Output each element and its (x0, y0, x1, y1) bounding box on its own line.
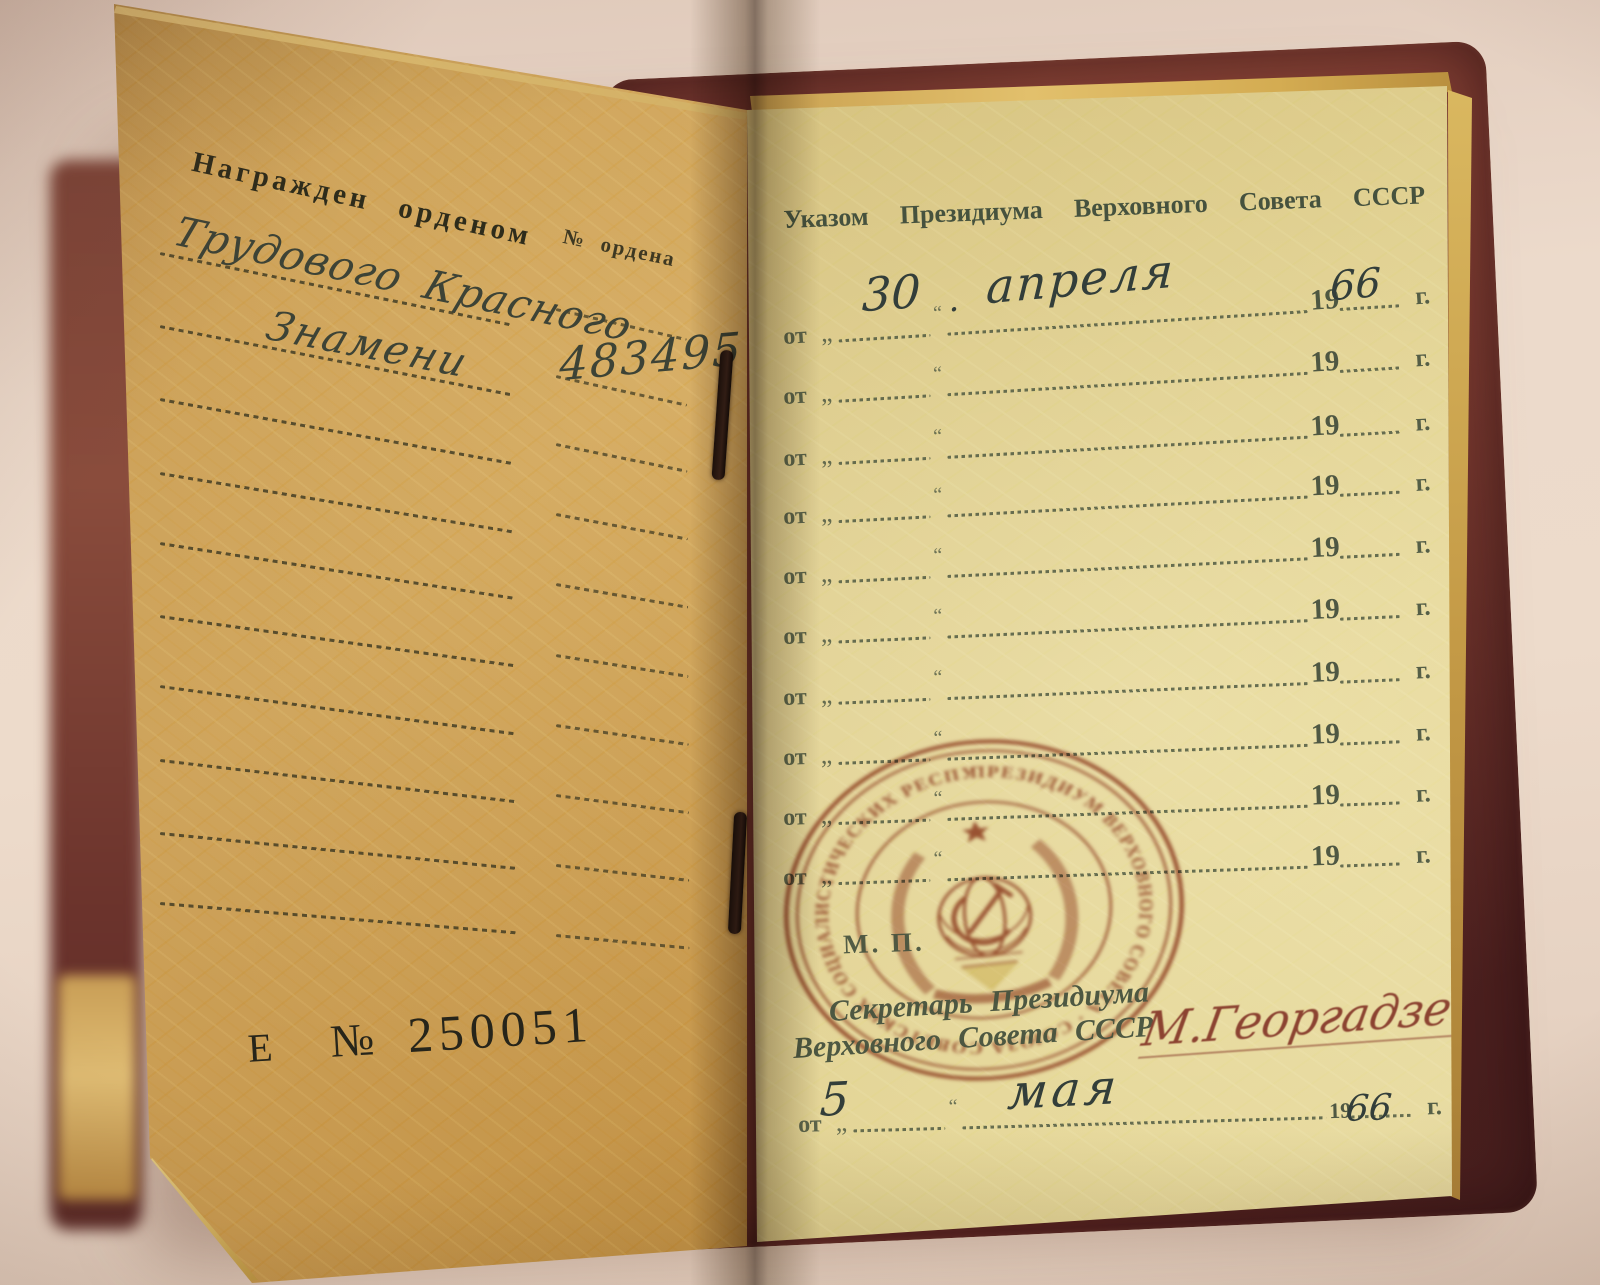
row-year-suffix: г. (1415, 594, 1431, 623)
row-dash-1 (838, 636, 930, 643)
row-dash-3 (1340, 615, 1400, 621)
row-dash-3 (1340, 740, 1400, 745)
row-dash-1 (838, 698, 930, 705)
row-open-quote: „ (820, 318, 833, 349)
row-dash-3 (1340, 431, 1400, 437)
row-open-quote: „ (820, 559, 833, 590)
order-book-photo: Награжден орденом № ордена Трудового Кра… (0, 0, 1600, 1285)
row-year-prefix: 19 (1310, 593, 1340, 627)
row-year-prefix: 19 (1310, 779, 1340, 813)
row-year-suffix: г. (1414, 282, 1431, 311)
row-year-suffix: г. (1415, 409, 1431, 438)
row-close-quote: “ (933, 666, 943, 689)
row-close-quote: “ (933, 302, 943, 326)
issue-day: 5 (819, 1071, 851, 1127)
gutter-shadow (690, 0, 820, 1285)
row-year-suffix: г. (1416, 841, 1432, 869)
row-dash-1 (839, 457, 931, 465)
header-word: СССР (1352, 180, 1425, 213)
row-dash-1 (839, 394, 931, 402)
row-year-suffix: г. (1415, 531, 1431, 560)
serial-no-sign: № (329, 1012, 376, 1068)
row-year-prefix: 19 (1309, 345, 1340, 380)
star-icon (961, 820, 990, 844)
header-word: Совета (1238, 184, 1322, 217)
mp-label: М. П. (842, 927, 925, 961)
row-year-prefix: 19 (1310, 469, 1341, 503)
row-open-quote: „ (820, 619, 833, 649)
row-close-quote: “ (933, 425, 943, 448)
decree-day: 30 (861, 264, 921, 322)
gilt-page-edges-left (58, 975, 136, 1200)
row-year-suffix: г. (1415, 469, 1431, 498)
row-open-quote: „ (820, 498, 833, 529)
row-year-suffix: г. (1427, 1093, 1443, 1121)
row-year-prefix: 19 (1310, 840, 1340, 874)
row-close-quote: “ (933, 605, 943, 628)
row-dash-3 (1340, 862, 1400, 867)
row-year-suffix: г. (1415, 657, 1431, 686)
row-year-suffix: г. (1415, 719, 1431, 748)
row-year-prefix: 19 (1310, 531, 1341, 565)
ussr-coat-of-arms-icon (888, 812, 1080, 1007)
issue-month: мая (1006, 1059, 1123, 1121)
row-close-quote: “ (933, 544, 943, 567)
row-dash-1 (839, 334, 931, 343)
row-year-suffix: г. (1415, 780, 1431, 809)
decree-year-written: 66 (1330, 260, 1382, 311)
serial-series: Е (247, 1023, 274, 1071)
row-open-quote: „ (820, 440, 833, 471)
row-dash-3 (1340, 801, 1400, 806)
issue-year-written: 66 (1345, 1087, 1394, 1130)
row-dash-1 (853, 1127, 945, 1133)
row-dash-3 (1340, 491, 1400, 497)
row-dash-1 (839, 515, 931, 523)
serial-number: 250051 (406, 995, 595, 1064)
row-close-quote: “ (948, 1096, 958, 1119)
row-dash-1 (839, 576, 931, 583)
row-year-suffix: г. (1415, 345, 1431, 374)
row-open-quote: „ (820, 680, 833, 710)
row-year-prefix: 19 (1310, 409, 1341, 444)
row-dash-3 (1340, 366, 1400, 373)
header-word: Президиума (899, 195, 1043, 230)
header-word: Верховного (1073, 189, 1208, 224)
row-close-quote: “ (933, 484, 943, 507)
row-close-quote: “ (933, 363, 943, 386)
row-dash-3 (1340, 678, 1400, 684)
row-open-quote: „ (820, 378, 833, 409)
row-year-prefix: 19 (1310, 718, 1340, 752)
row-year-prefix: 19 (1310, 656, 1340, 690)
row-dash-3 (1340, 553, 1400, 559)
